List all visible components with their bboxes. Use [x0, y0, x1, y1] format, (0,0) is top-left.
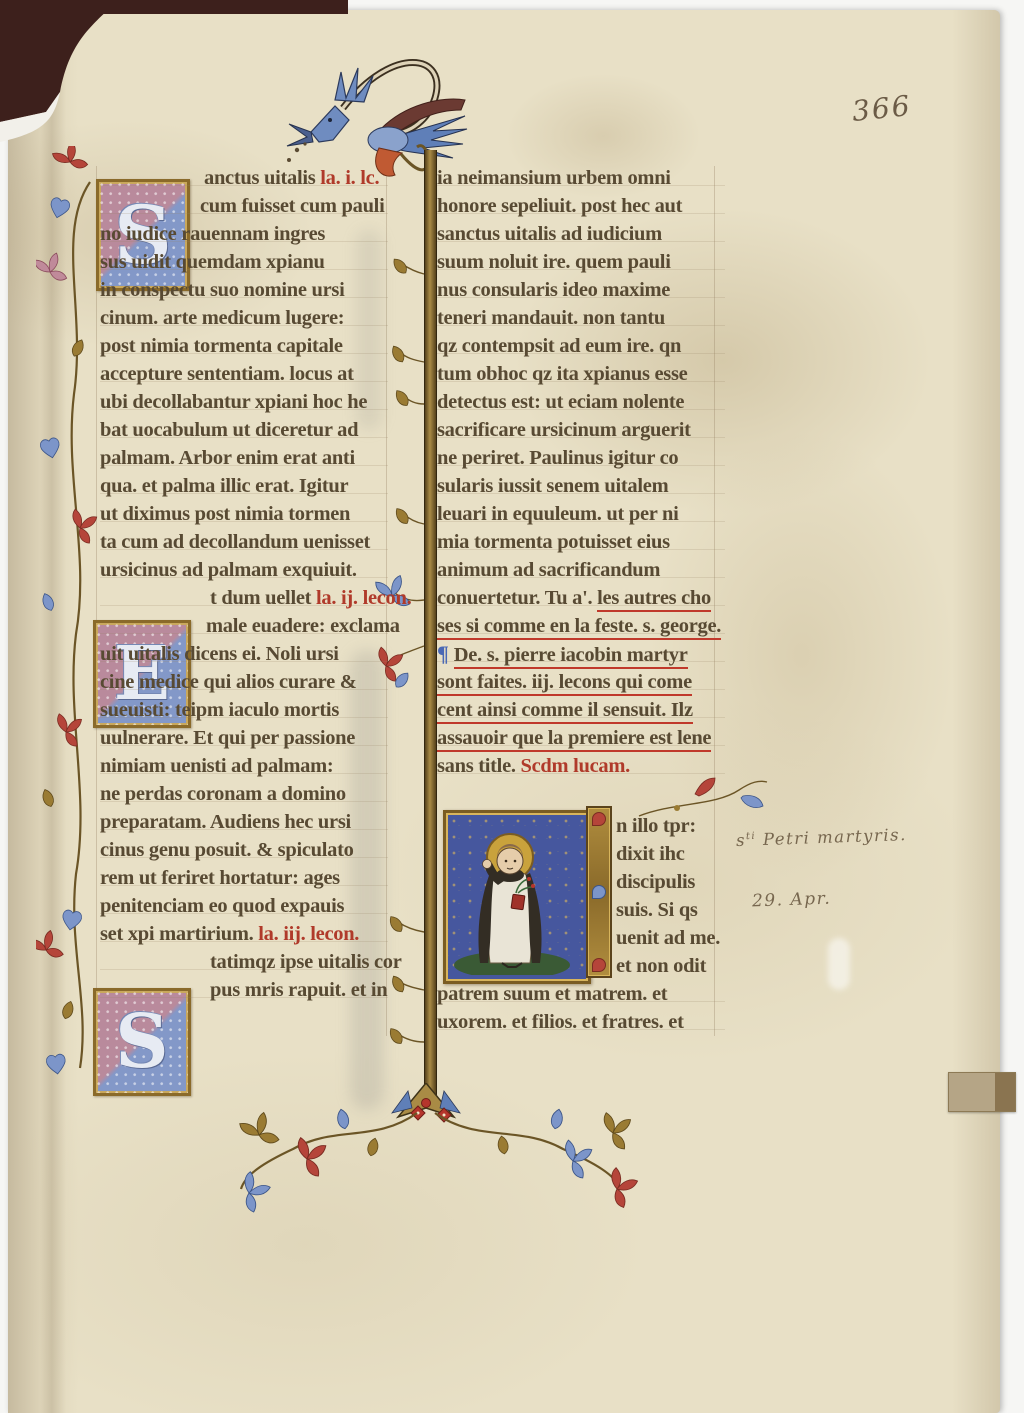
text-line: qua. et palma illic erat. Igitur	[100, 472, 388, 500]
text-line: assauoir que la premiere est lene	[437, 724, 725, 752]
text-segment-ink: ubi decollabantur xpiani hoc he	[100, 391, 367, 413]
text-segment-ink: uit uitalis dicens ei. Noli ursi	[100, 643, 339, 665]
text-segment-ink: no iudice rauennam ingres	[100, 223, 325, 245]
text-segment-ink: cinus genu posuit. & spiculato	[100, 839, 354, 861]
text-line: bat uocabulum ut diceretur ad	[100, 416, 388, 444]
text-line: teneri mandauit. non tantu	[437, 304, 725, 332]
text-line: in conspectu suo nomine ursi	[100, 276, 388, 304]
flower-ornament	[592, 958, 606, 972]
text-segment-ink: ne perdas coronam a domino	[100, 783, 346, 805]
text-segment-ink: sularis iussit senem uitalem	[437, 475, 668, 497]
text-segment-ink: palmam. Arbor enim erat anti	[100, 447, 355, 469]
text-line: sans title. Scdm lucam.	[437, 752, 725, 780]
text-segment-ink: dixit ihc	[616, 843, 685, 865]
text-line: uulnerare. Et qui per passione	[100, 724, 388, 752]
text-line: ubi decollabantur xpiani hoc he	[100, 388, 388, 416]
note-superscript: ti	[746, 831, 757, 842]
initial-letter: S	[115, 999, 168, 1085]
text-line: sanctus uitalis ad iudicium	[437, 220, 725, 248]
text-line: ia neimansium urbem omni	[437, 164, 725, 192]
text-line: patrem suum et matrem. et	[437, 980, 725, 1008]
text-segment-ink: qua. et palma illic erat. Igitur	[100, 475, 348, 497]
text-line: sacrificare ursicinum arguerit	[437, 416, 725, 444]
text-line: et non odit	[616, 952, 724, 980]
text-segment-ink: suum noluit ire. quem pauli	[437, 251, 671, 273]
flower-ornament	[592, 812, 606, 826]
right-text-column-bottom: patrem suum et matrem. etuxorem. et fili…	[437, 980, 725, 1036]
text-line: cine medice qui alios curare &	[100, 668, 388, 696]
text-segment-ink: cine medice qui alios curare &	[100, 671, 357, 693]
text-segment-rubric: la. iij. lecon.	[258, 923, 359, 945]
text-segment-ink: tatimqz ipse uitalis cor	[210, 951, 402, 973]
text-line: detectus est: ut eciam nolente	[437, 388, 725, 416]
text-segment-ink: preparatam. Audiens hec ursi	[100, 811, 351, 833]
text-line: preparatam. Audiens hec ursi	[100, 808, 388, 836]
red-book	[511, 894, 525, 910]
text-line: penitenciam eo quod expauis	[100, 892, 388, 920]
text-line: animum ad sacrificandum	[437, 556, 725, 584]
text-line: qz contempsit ad eum ire. qn	[437, 332, 725, 360]
text-line: uit uitalis dicens ei. Noli ursi	[100, 640, 388, 668]
text-segment-ink: conuertetur. Tu a'.	[437, 587, 597, 609]
text-line: uenit ad me.	[616, 924, 724, 952]
text-line: ne periret. Paulinus igitur co	[437, 444, 725, 472]
text-line: tatimqz ipse uitalis cor	[100, 948, 388, 976]
text-line: t dum uellet la. ij. lecon.	[100, 584, 388, 612]
text-segment-u: De. s. pierre iacobin martyr	[454, 644, 688, 669]
text-segment-ink: mia tormenta potuisset eius	[437, 531, 670, 553]
text-segment-u: assauoir que la premiere est lene	[437, 727, 711, 752]
text-segment-ink: sueuisti: teipm iaculo mortis	[100, 699, 339, 721]
text-line: nus consularis ideo maxime	[437, 276, 725, 304]
text-line: mia tormenta potuisset eius	[437, 528, 725, 556]
decorated-initial-s2: S	[93, 988, 191, 1096]
text-line: cent ainsi comme il sensuit. Ilz	[437, 696, 725, 724]
head	[497, 848, 523, 874]
text-line: discipulis	[616, 868, 724, 896]
text-segment-ink: detectus est: ut eciam nolente	[437, 391, 684, 413]
text-segment-ink: cum fuisset cum pauli	[200, 195, 384, 217]
text-line: uxorem. et filios. et fratres. et	[437, 1008, 725, 1036]
text-segment-ink: sus uidit quemdam xpianu	[100, 251, 325, 273]
text-line: honore sepeliuit. post hec aut	[437, 192, 725, 220]
manuscript-photo: 366	[0, 0, 1024, 1413]
text-line: set xpi martirium. la. iij. lecon.	[100, 920, 388, 948]
ruling-line	[96, 166, 97, 1036]
text-segment-u: sont faites. iij. lecons qui come	[437, 671, 692, 696]
text-line: cinum. arte medicum lugere:	[100, 304, 388, 332]
text-segment-ink: post nimia tormenta capitale	[100, 335, 343, 357]
text-line: nimiam uenisti ad palmam:	[100, 752, 388, 780]
text-segment-u: cent ainsi comme il sensuit. Ilz	[437, 699, 693, 724]
text-segment-ink: ta cum ad decollandum uenisset	[100, 531, 370, 553]
text-segment-ink: penitenciam eo quod expauis	[100, 895, 344, 917]
text-segment-ink: anctus uitalis	[204, 167, 320, 189]
text-segment-ink: qz contempsit ad eum ire. qn	[437, 335, 681, 357]
text-line: no iudice rauennam ingres	[100, 220, 388, 248]
text-line: post nimia tormenta capitale	[100, 332, 388, 360]
text-segment-ink: accepture sententiam. locus at	[100, 363, 354, 385]
text-segment-ink: t dum uellet	[210, 587, 316, 609]
text-line: ne perdas coronam a domino	[100, 780, 388, 808]
left-text-column: anctus uitalis la. i. lc.cum fuisset cum…	[100, 164, 388, 1004]
text-segment-pilcrow: ¶	[437, 641, 454, 666]
text-segment-ink: uxorem. et filios. et fratres. et	[437, 1011, 684, 1033]
text-segment-ink: rem ut feriret hortatur: ages	[100, 867, 340, 889]
text-line: conuertetur. Tu a'. les autres cho	[437, 584, 725, 612]
text-segment-ink: suis. Si qs	[616, 899, 698, 921]
gospel-text-column: n illo tpr:dixit ihcdiscipulissuis. Si q…	[616, 812, 724, 980]
text-segment-ink: sans title.	[437, 755, 521, 777]
white-habit	[488, 871, 532, 963]
right-text-column: ia neimansium urbem omnihonore sepeliuit…	[437, 164, 725, 780]
text-line: palmam. Arbor enim erat anti	[100, 444, 388, 472]
text-segment-ink: ia neimansium urbem omni	[437, 167, 671, 189]
raised-hand	[483, 860, 492, 869]
gutter-crease	[40, 10, 66, 1413]
text-segment-ink: honore sepeliuit. post hec aut	[437, 195, 682, 217]
text-line: leuari in equuleum. ut per ni	[437, 500, 725, 528]
folio-number: 366	[850, 89, 913, 128]
text-line: ut diximus post nimia tormen	[100, 500, 388, 528]
text-line: sueuisti: teipm iaculo mortis	[100, 696, 388, 724]
text-segment-ink: teneri mandauit. non tantu	[437, 307, 665, 329]
text-segment-ink: nimiam uenisti ad palmam:	[100, 755, 333, 777]
decorated-initial-i	[586, 806, 612, 978]
text-segment-ink: bat uocabulum ut diceretur ad	[100, 419, 358, 441]
text-segment-ink: pus mris rapuit. et in	[210, 979, 387, 1001]
text-segment-ink: discipulis	[616, 871, 695, 893]
text-line: cum fuisset cum pauli	[100, 192, 388, 220]
text-line: ses si comme en la feste. s. george.	[437, 612, 725, 640]
note-text: s	[736, 831, 747, 850]
text-segment-ink: ursicinus ad palmam exquiuit.	[100, 559, 357, 581]
text-line: n illo tpr:	[616, 812, 724, 840]
text-line: pus mris rapuit. et in	[100, 976, 388, 1004]
text-segment-ink: et non odit	[616, 955, 706, 977]
text-line: anctus uitalis la. i. lc.	[100, 164, 388, 192]
center-bar-ornament	[424, 150, 437, 1108]
text-segment-ink: sacrificare ursicinum arguerit	[437, 419, 691, 441]
text-segment-ink: uulnerare. Et qui per passione	[100, 727, 355, 749]
text-segment-ink: in conspectu suo nomine ursi	[100, 279, 344, 301]
text-line: sont faites. iij. lecons qui come	[437, 668, 725, 696]
text-segment-u: ses si comme en la feste. s. george.	[437, 615, 721, 640]
text-segment-u: les autres cho	[597, 587, 711, 612]
marginal-note-date: 29. Apr.	[752, 889, 832, 912]
text-segment-ink: tum obhoc qz ita xpianus esse	[437, 363, 687, 385]
text-line: rem ut feriret hortatur: ages	[100, 864, 388, 892]
text-line: ta cum ad decollandum uenisset	[100, 528, 388, 556]
text-segment-ink: nus consularis ideo maxime	[437, 279, 670, 301]
text-segment-ink: sanctus uitalis ad iudicium	[437, 223, 662, 245]
text-line: suis. Si qs	[616, 896, 724, 924]
text-segment-ink: ut diximus post nimia tormen	[100, 503, 350, 525]
text-line: dixit ihc	[616, 840, 724, 868]
miniature-dominican-friar	[443, 810, 591, 984]
page-marker-tab	[948, 1072, 1016, 1112]
text-segment-ink: patrem suum et matrem. et	[437, 983, 667, 1005]
text-segment-rubric: Scdm lucam.	[521, 755, 630, 777]
text-segment-ink: leuari in equuleum. ut per ni	[437, 503, 679, 525]
text-line: sus uidit quemdam xpianu	[100, 248, 388, 276]
text-segment-ink: n illo tpr:	[616, 815, 696, 837]
text-line: ursicinus ad palmam exquiuit.	[100, 556, 388, 584]
flower-ornament	[592, 885, 606, 899]
text-segment-ink: set xpi martirium.	[100, 923, 258, 945]
text-line: suum noluit ire. quem pauli	[437, 248, 725, 276]
text-line: cinus genu posuit. & spiculato	[100, 836, 388, 864]
text-line: male euadere: exclama	[100, 612, 388, 640]
text-segment-ink: uenit ad me.	[616, 927, 720, 949]
text-line: accepture sententiam. locus at	[100, 360, 388, 388]
text-line: ¶ De. s. pierre iacobin martyr	[437, 640, 725, 668]
text-segment-ink: animum ad sacrificandum	[437, 559, 660, 581]
text-segment-rubric: la. i. lc.	[320, 167, 379, 189]
text-segment-ink: male euadere: exclama	[206, 615, 400, 637]
text-line: sularis iussit senem uitalem	[437, 472, 725, 500]
text-line: tum obhoc qz ita xpianus esse	[437, 360, 725, 388]
text-segment-ink: ne periret. Paulinus igitur co	[437, 447, 678, 469]
parchment-repair-spot	[828, 938, 850, 990]
text-segment-rubric: la. ij. lecon.	[316, 587, 411, 609]
text-segment-ink: cinum. arte medicum lugere:	[100, 307, 344, 329]
